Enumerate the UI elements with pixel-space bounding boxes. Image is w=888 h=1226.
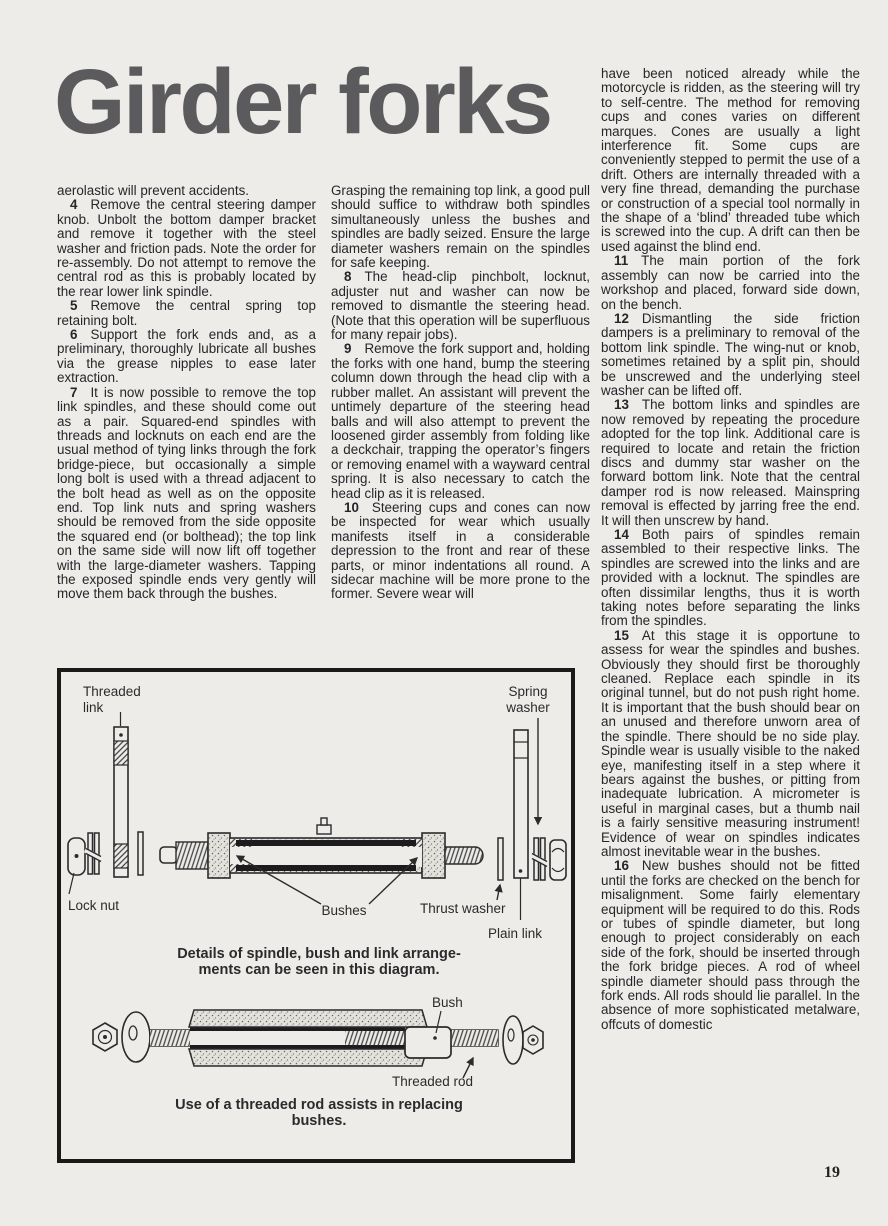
threaded-rod-assembly-drawing	[93, 1010, 543, 1066]
paragraph: 8The head-clip pinchbolt, locknut, adjus…	[331, 270, 590, 342]
step-text: have been noticed already while the moto…	[601, 66, 860, 254]
step-text: Remove the fork support and, holding the…	[331, 341, 590, 500]
paragraph: 6Support the fork ends and, as a prelimi…	[57, 328, 316, 386]
paragraph: 5Remove the central spring top retaining…	[57, 299, 316, 328]
paragraph: 14Both pairs of spindles remain assemble…	[601, 528, 860, 629]
paragraph: 9Remove the fork support and, holding th…	[331, 342, 590, 500]
step-number: 10	[331, 500, 359, 515]
step-text: New bushes should not be fitted until th…	[601, 858, 860, 1031]
threaded-rod-label: Threaded rod	[392, 1074, 473, 1089]
plain-link-drawing	[514, 730, 528, 920]
paragraph: 10Steering cups and cones can now be ins…	[331, 501, 590, 602]
threaded-link-label: Threaded	[83, 684, 141, 699]
text-column-2: Grasping the remaining top link, a good …	[331, 184, 590, 602]
lock-nut-drawing	[68, 838, 85, 894]
page-title: Girder forks	[54, 56, 551, 148]
step-number: 8	[331, 269, 351, 284]
step-text: It is now possible to remove the top lin…	[57, 385, 316, 602]
step-text: Grasping the remaining top link, a good …	[331, 183, 590, 270]
thrust-washer-arrow	[497, 885, 500, 900]
spindle-diagram: Threaded link Spring washer Lock nut Bus…	[61, 672, 571, 1159]
page-number: 19	[824, 1164, 840, 1182]
threaded-link-drawing	[114, 712, 128, 877]
step-text: The head-clip pinchbolt, locknut, adjust…	[331, 269, 590, 342]
paragraph: 15At this stage it is opportune to asses…	[601, 629, 860, 860]
diagram-caption-2b: bushes.	[292, 1113, 347, 1129]
spring-washer-right-drawing	[531, 838, 548, 880]
magazine-page: Girder forks aerolastic will prevent acc…	[0, 0, 888, 1226]
step-text: Steering cups and cones can now be inspe…	[331, 500, 590, 601]
paragraph: 4Remove the central steering damper knob…	[57, 198, 316, 299]
step-text: Dismantling the side friction dampers is…	[601, 311, 860, 398]
diagram-caption-2: Use of a threaded rod assists in replaci…	[175, 1097, 463, 1113]
step-number: 5	[57, 298, 77, 313]
step-number: 7	[57, 385, 77, 400]
threaded-link-label-2: link	[83, 700, 104, 715]
diagram-caption-1b: ments can be seen in this diagram.	[199, 962, 440, 978]
step-text: The bottom links and spindles are now re…	[601, 397, 860, 527]
paragraph: 12Dismantling the side friction dampers …	[601, 312, 860, 398]
diagram-box: Threaded link Spring washer Lock nut Bus…	[57, 668, 575, 1163]
bushes-label: Bushes	[321, 903, 366, 918]
diagram-caption-1: Details of spindle, bush and link arrang…	[177, 946, 461, 962]
hex-nut-right-drawing	[550, 840, 566, 880]
step-number: 15	[601, 628, 629, 643]
step-number: 11	[601, 253, 628, 268]
spring-washer-label-2: washer	[505, 700, 550, 715]
step-text: At this stage it is opportune to assess …	[601, 628, 860, 859]
step-number: 13	[601, 397, 629, 412]
paragraph: have been noticed already while the moto…	[601, 67, 860, 254]
step-text: The main portion of the fork assembly ca…	[601, 253, 860, 311]
step-number: 9	[331, 341, 351, 356]
step-number: 4	[57, 197, 77, 212]
paragraph: 11The main portion of the fork assembly …	[601, 254, 860, 312]
step-text: aerolastic will prevent accidents.	[57, 183, 249, 198]
spindle-bridge-drawing	[160, 818, 483, 878]
step-text: Both pairs of spindles remain assembled …	[601, 527, 860, 628]
paragraph: 13The bottom links and spindles are now …	[601, 398, 860, 528]
step-text: Remove the central spring top retaining …	[57, 298, 316, 327]
washer-left-drawing	[138, 832, 143, 875]
step-number: 12	[601, 311, 629, 326]
paragraph: 7It is now possible to remove the top li…	[57, 386, 316, 602]
step-text: Remove the central steering damper knob.…	[57, 197, 316, 298]
bush-label: Bush	[432, 995, 463, 1010]
lock-nut-label: Lock nut	[68, 898, 119, 913]
thrust-washer-drawing	[498, 838, 503, 880]
spring-washer-label: Spring	[508, 684, 547, 699]
thrust-washer-label: Thrust washer	[420, 901, 506, 916]
paragraph: 16New bushes should not be fitted until …	[601, 859, 860, 1032]
plain-link-label: Plain link	[488, 926, 542, 941]
text-column-1: aerolastic will prevent accidents. 4Remo…	[57, 184, 316, 602]
step-number: 16	[601, 858, 629, 873]
text-column-3: have been noticed already while the moto…	[601, 67, 860, 1032]
step-text: Support the fork ends and, as a prelimin…	[57, 327, 316, 385]
step-number: 14	[601, 527, 629, 542]
spring-washer-left-drawing	[85, 833, 102, 874]
paragraph: Grasping the remaining top link, a good …	[331, 184, 590, 270]
step-number: 6	[57, 327, 77, 342]
paragraph: aerolastic will prevent accidents.	[57, 184, 316, 198]
